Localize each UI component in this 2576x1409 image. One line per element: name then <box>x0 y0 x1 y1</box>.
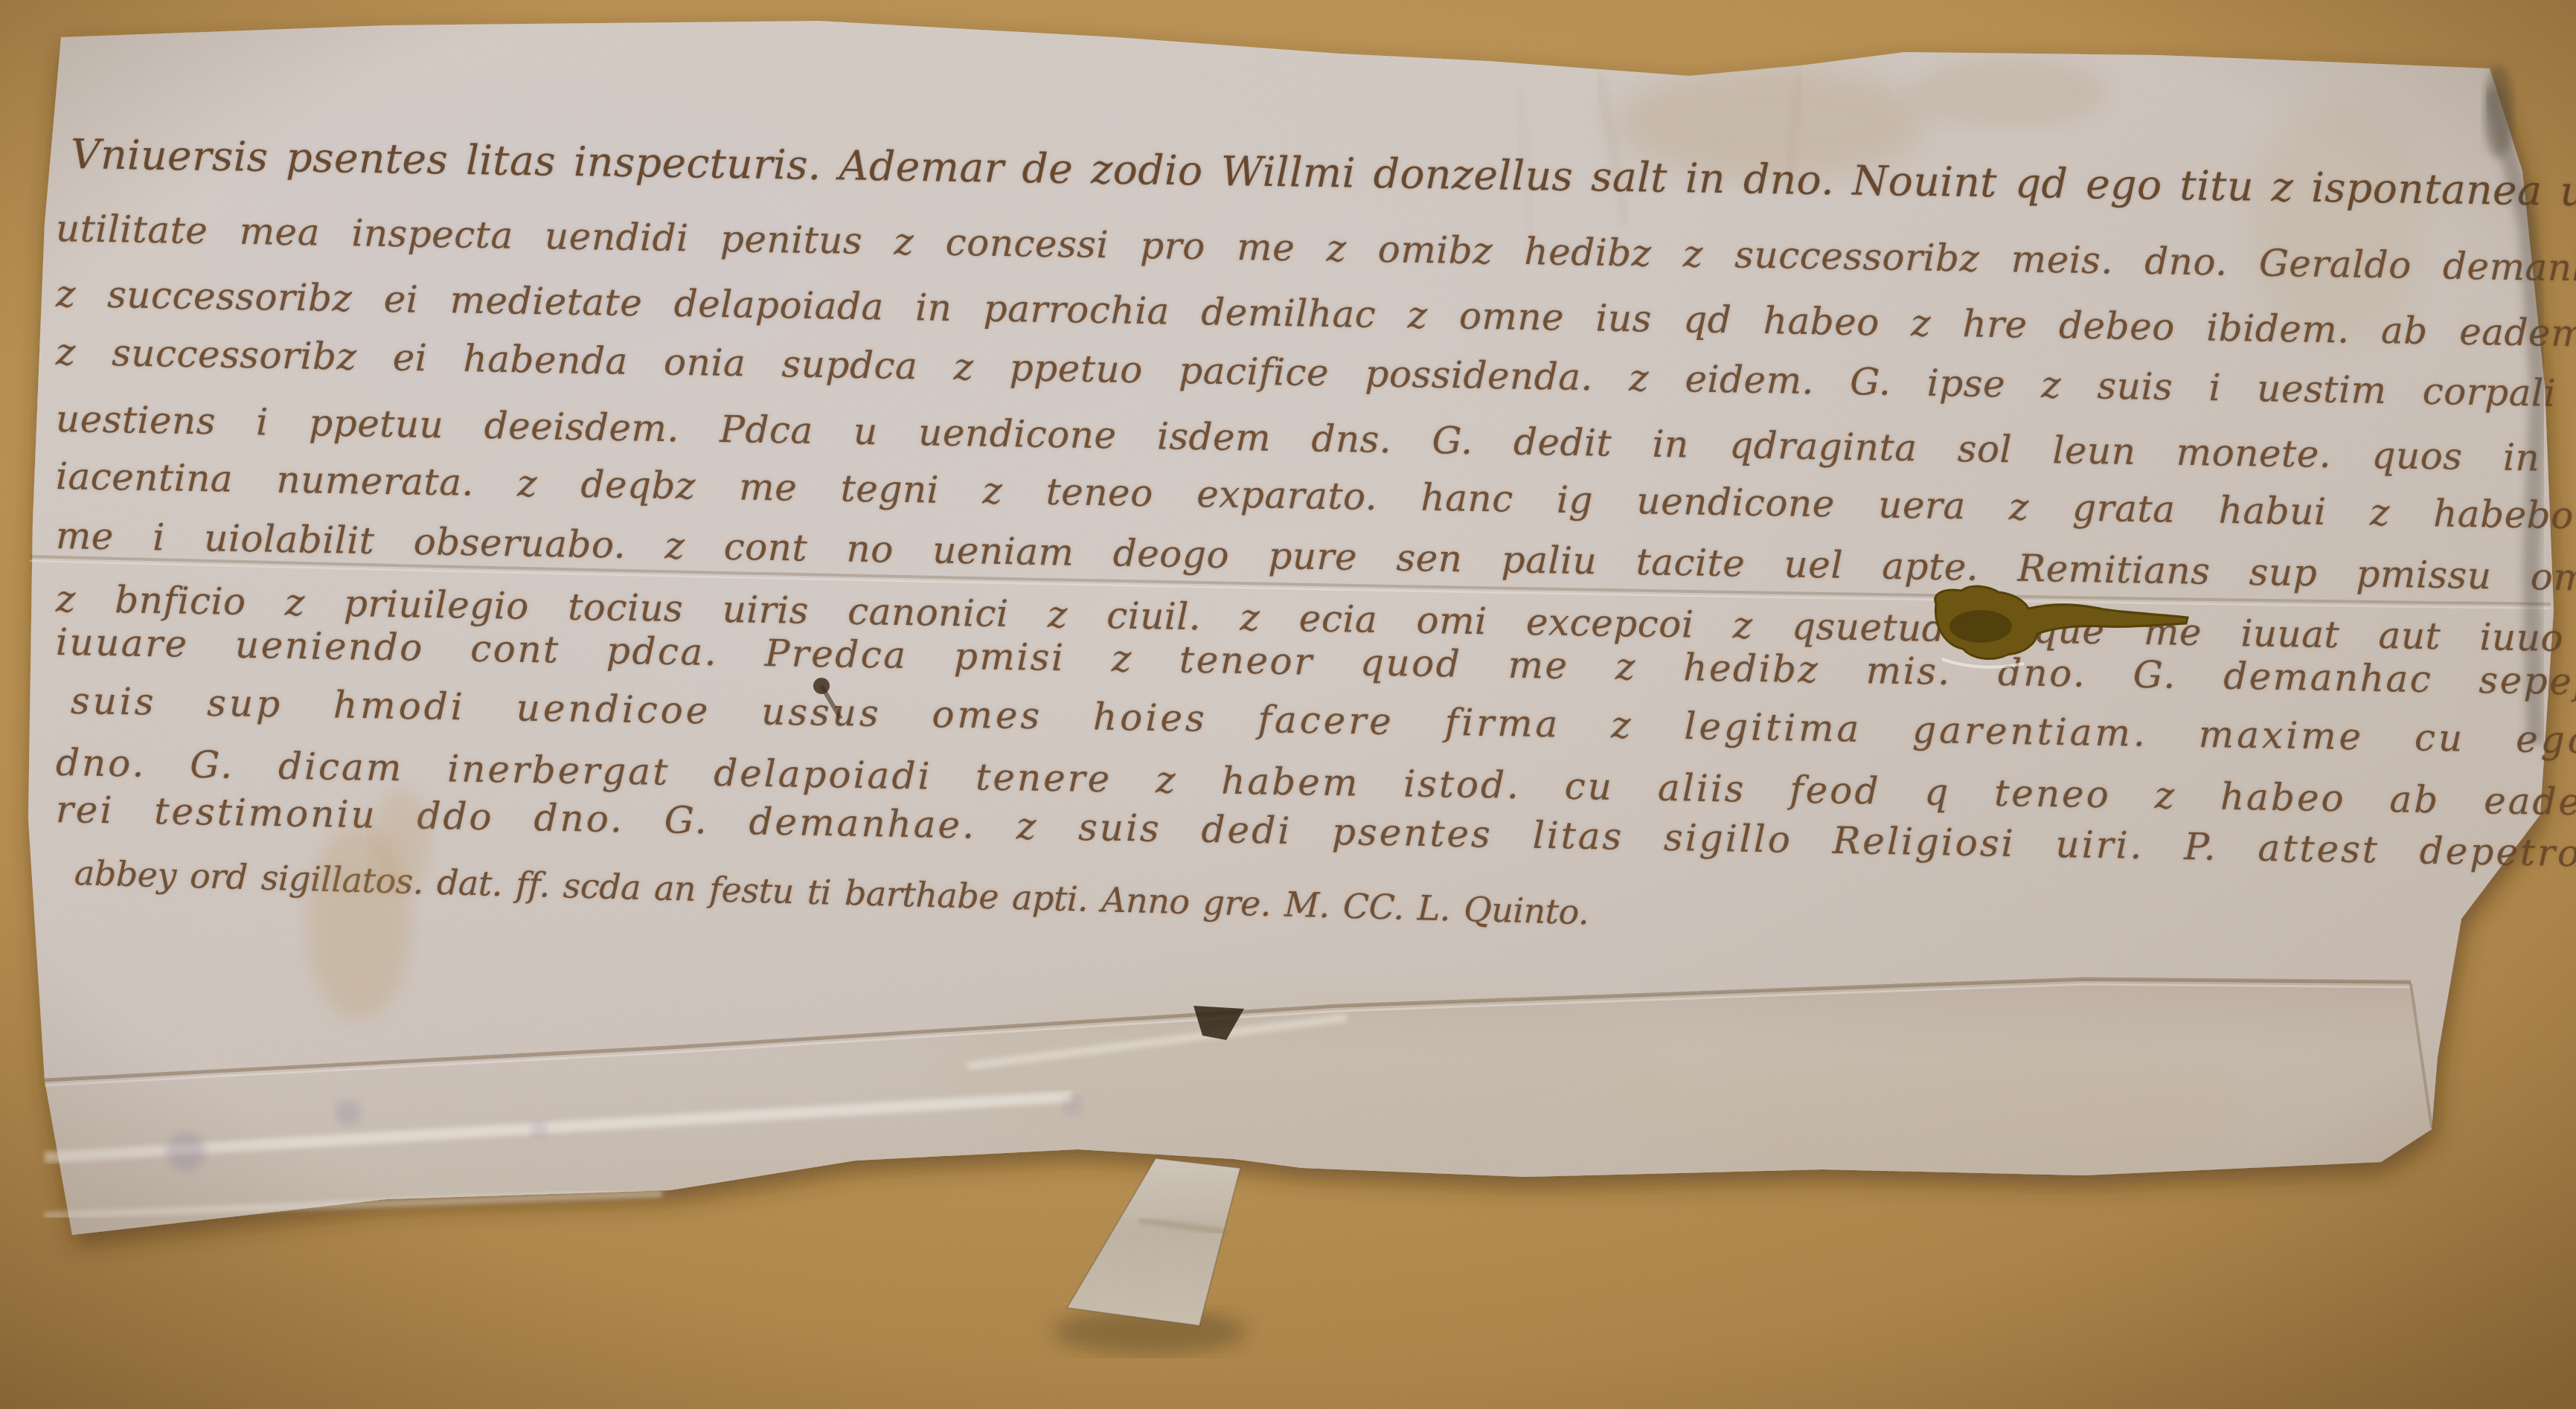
vignette <box>0 0 2576 1409</box>
charter-photo: Vniuersis psentes litas inspecturis. Ade… <box>0 0 2576 1409</box>
overlay-layer <box>0 0 2576 1409</box>
